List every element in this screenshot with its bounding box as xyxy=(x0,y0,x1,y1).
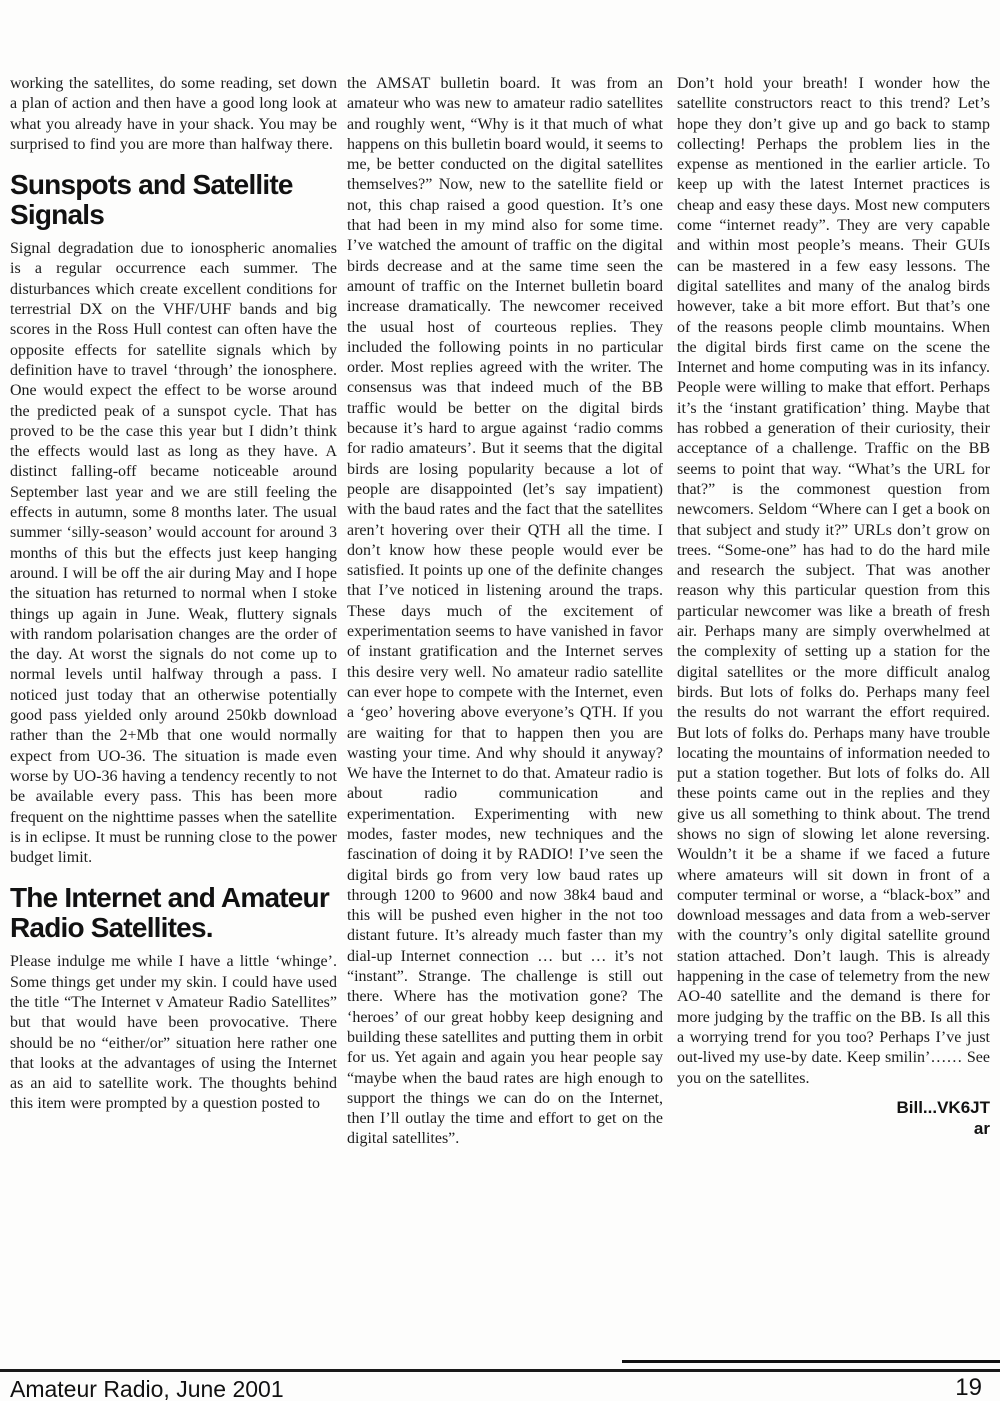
footer-rule xyxy=(0,1369,1000,1372)
article-column-middle: the AMSAT bulletin board. It was from an… xyxy=(347,74,663,1150)
footer-page-number: 19 xyxy=(955,1375,982,1400)
magazine-page: working the satellites, do some reading,… xyxy=(0,0,1000,1401)
footer-rule-short xyxy=(622,1360,1000,1363)
article-column-left: working the satellites, do some reading,… xyxy=(10,74,337,1115)
body-paragraph: Don’t hold your breath! I wonder how the… xyxy=(677,74,990,1089)
section-heading: Sunspots and Satellite Signals xyxy=(10,170,337,230)
body-paragraph: working the satellites, do some reading,… xyxy=(10,74,337,155)
section-heading: The Internet and Amateur Radio Satellite… xyxy=(10,883,337,943)
signature-line: Bill...VK6JT xyxy=(677,1097,990,1118)
footer-journal-title: Amateur Radio, June 2001 xyxy=(10,1377,284,1401)
body-paragraph: Please indulge me while I have a little … xyxy=(10,952,337,1114)
article-column-right: Don’t hold your breath! I wonder how the… xyxy=(677,74,990,1139)
body-paragraph: Signal degradation due to ionospheric an… xyxy=(10,239,337,868)
signature-line: ar xyxy=(677,1118,990,1139)
body-paragraph: the AMSAT bulletin board. It was from an… xyxy=(347,74,663,1150)
